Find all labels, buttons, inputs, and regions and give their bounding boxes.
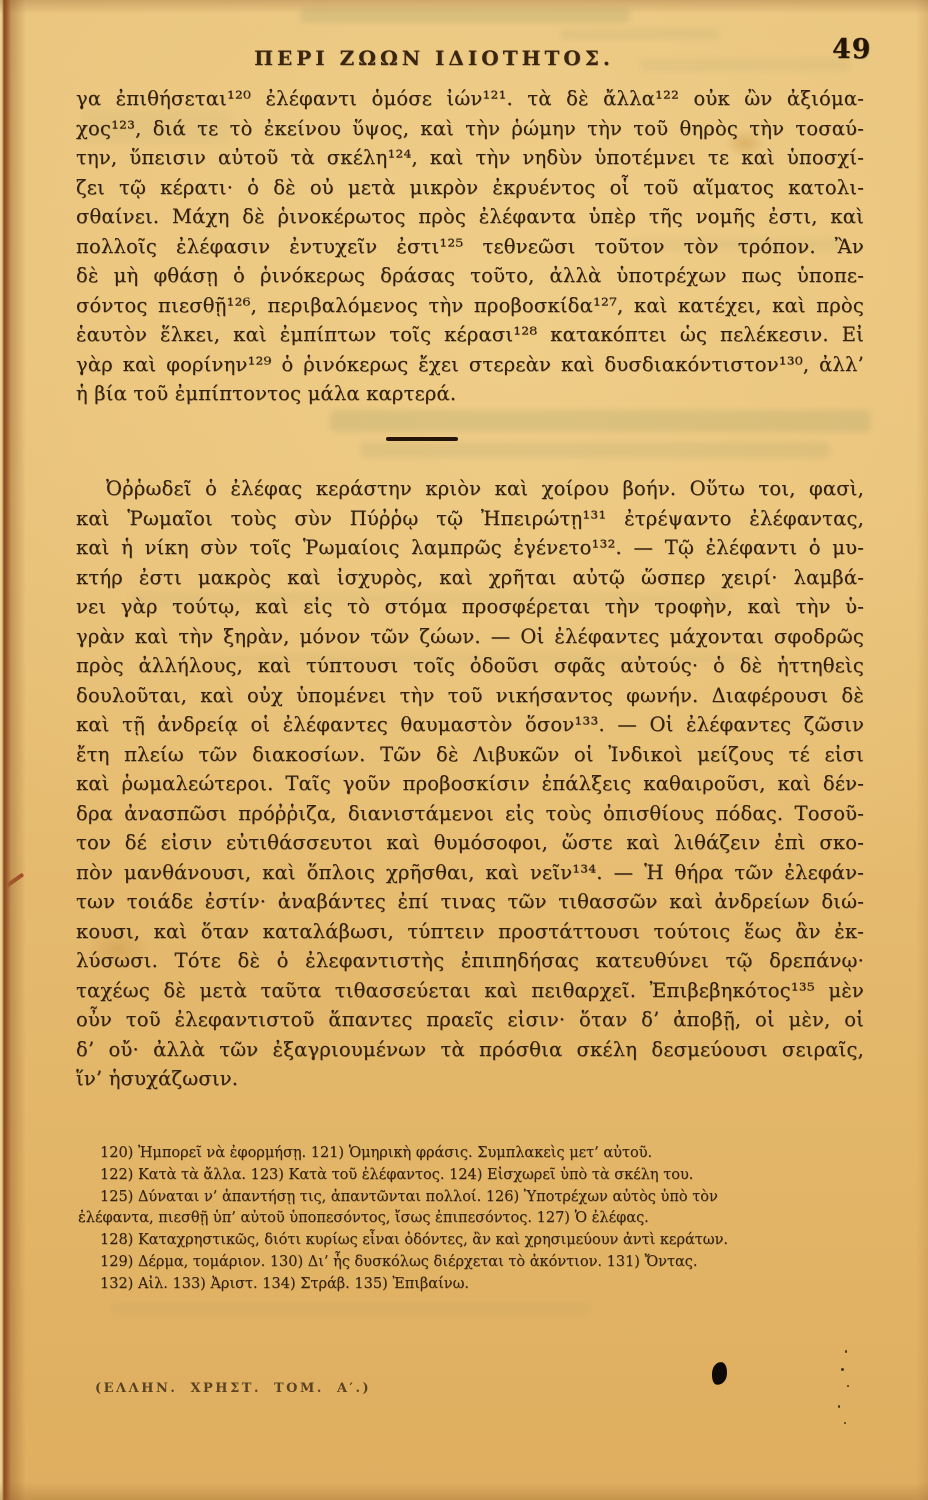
- text-line: δρα ἀνασπῶσι πρόῤῥιζα, διανιστάμενοι εἰς…: [76, 799, 864, 829]
- corner-wear-bottom-left: [0, 1460, 30, 1500]
- text-line: ζει τῷ κέρατι· ὁ δὲ οὐ μετὰ μικρὸν ἐκρυέ…: [76, 173, 864, 203]
- red-scratch-mark: [6, 873, 25, 888]
- ink-speck: [841, 1368, 844, 1371]
- page-edge-top: [0, 0, 928, 14]
- footnote-line: 128) Καταχρηστικῶς, διότι κυρίως εἶναι ὀ…: [78, 1230, 870, 1252]
- page-number: 49: [832, 34, 872, 65]
- signature-mark: (ΕΛΛΗΝ. ΧΡΗΣΤ. ΤΟΜ. Α′.): [95, 1381, 371, 1396]
- showthrough-ghost: [110, 1302, 590, 1315]
- page-edge-left: [0, 0, 26, 1500]
- text-line: ἵν’ ἡσυχάζωσιν.: [76, 1064, 864, 1094]
- showthrough-ghost: [300, 8, 630, 23]
- showthrough-ghost: [330, 410, 870, 432]
- text-line: καὶ ἡ νίκη σὺν τοῖς Ῥωμαίοις λαμπρῶς ἐγέ…: [76, 533, 864, 563]
- text-line: σθαίνει. Μάχη δὲ ῥινοκέρωτος πρὸς ἐλέφαν…: [76, 202, 864, 232]
- text-line: ταχέως δὲ μετὰ ταῦτα τιθασσεύεται καὶ πε…: [76, 976, 864, 1006]
- showthrough-ghost: [560, 28, 720, 40]
- page-edge-bottom: [0, 1482, 928, 1500]
- running-title: ΠΕΡΙ ΖΩΩΝ ΙΔΙΟΤΗΤΟΣ.: [64, 46, 804, 70]
- footnote-line: 122) Κατὰ τὰ ἄλλα. 123) Κατὰ τοῦ ἐλέφαντ…: [78, 1165, 870, 1187]
- text-line: κτήρ ἐστι μακρὸς καὶ ἰσχυρὸς, καὶ χρῆται…: [76, 563, 864, 593]
- ink-blot: [710, 1361, 728, 1386]
- text-line: ἡ βία τοῦ ἐμπίπτοντος μάλα καρτερά.: [76, 379, 864, 409]
- text-line: λύσωσι. Τότε δὲ ὁ ἐλεφαντιστὴς ἐπιπηδήσα…: [76, 946, 864, 976]
- corner-wear-top-left: [0, 0, 34, 46]
- text-line: δ’ οὔ· ἀλλὰ τῶν ἐξαγριουμένων τὰ πρόσθια…: [76, 1035, 864, 1065]
- ink-speck: [847, 1385, 849, 1387]
- text-line: πὸν μανθάνουσι, καὶ ὅπλοις χρῆσθαι, καὶ …: [76, 858, 864, 888]
- section-divider-rule: [386, 437, 458, 441]
- paragraph-elephant: Ὀῤῥωδεῖ ὁ ἐλέφας κεράστην κριὸν καὶ χοίρ…: [76, 474, 864, 1094]
- text-line: καὶ Ῥωμαῖοι τοὺς σὺν Πύῤῥῳ τῷ Ἠπειρώτῃ¹³…: [76, 504, 864, 534]
- text-line: τον δέ εἰσιν εὐτιθάσσευτοι καὶ θυμόσοφοι…: [76, 828, 864, 858]
- footnote-line: 129) Δέρμα, τομάριον. 130) Δι’ ἧς δυσκόλ…: [78, 1252, 870, 1274]
- text-line: ἑαυτὸν ἕλκει, καὶ ἐμπίπτων τοῖς κέρασι¹²…: [76, 320, 864, 350]
- text-line: χος¹²³, διά τε τὸ ἐκείνου ὕψος, καὶ τὴν …: [76, 114, 864, 144]
- ink-speck: [844, 1422, 846, 1424]
- footnote-line: 120) Ἠμπορεῖ νὰ ἐφορμήσῃ. 121) Ὁμηρικὴ φ…: [78, 1143, 870, 1165]
- paragraph-rhinoceros: γα ἐπιθήσεται¹²⁰ ἐλέφαντι ὁμόσε ἰών¹²¹. …: [76, 84, 864, 409]
- footnote-line: 125) Δύναται ν’ ἀπαντήσῃ τις, ἀπαντῶνται…: [78, 1187, 870, 1209]
- text-line: καὶ τῇ ἀνδρείᾳ οἱ ἐλέφαντες θαυμαστὸν ὅσ…: [76, 710, 864, 740]
- text-line: δὲ μὴ φθάσῃ ὁ ῥινόκερως δράσας τοῦτο, ἀλ…: [76, 261, 864, 291]
- text-line: καὶ ῥωμαλεώτεροι. Ταῖς γοῦν προβοσκίσιν …: [76, 769, 864, 799]
- scanned-book-page: ΠΕΡΙ ΖΩΩΝ ΙΔΙΟΤΗΤΟΣ. 49 γα ἐπιθήσεται¹²⁰…: [0, 0, 928, 1500]
- footnote-line: 132) Αἰλ. 133) Ἀριστ. 134) Στράβ. 135) Ἐ…: [78, 1274, 870, 1296]
- text-line: την, ὕπεισιν αὐτοῦ τὰ σκέλη¹²⁴, καὶ τὴν …: [76, 143, 864, 173]
- ink-speck: [838, 1405, 840, 1408]
- page-edge-right: [916, 0, 928, 1500]
- text-line: γα ἐπιθήσεται¹²⁰ ἐλέφαντι ὁμόσε ἰών¹²¹. …: [76, 84, 864, 114]
- text-line: γὰρ καὶ φορίνην¹²⁹ ὁ ῥινόκερως ἔχει στερ…: [76, 350, 864, 380]
- text-line: ἔτη πλείω τῶν διακοσίων. Τῶν δὲ Λιβυκῶν …: [76, 740, 864, 770]
- showthrough-ghost: [360, 442, 830, 458]
- text-line: οὖν τοῦ ἐλεφαντιστοῦ ἅπαντες πραεῖς εἰσι…: [76, 1005, 864, 1035]
- text-line: κουσι, καὶ ὅταν καταλάβωσι, τύπτειν προσ…: [76, 917, 864, 947]
- text-line: δουλοῦται, καὶ οὐχ ὑπομένει τὴν τοῦ νική…: [76, 681, 864, 711]
- text-line: νει γὰρ τούτῳ, καὶ εἰς τὸ στόμα προσφέρε…: [76, 592, 864, 622]
- footnote-line: ἐλέφαντα, πιεσθῇ ὑπ’ αὐτοῦ ὑποπεσόντος, …: [78, 1208, 870, 1230]
- text-line: πολλοῖς ἐλέφασιν ἐντυχεῖν ἐστι¹²⁵ τεθνεῶ…: [76, 232, 864, 262]
- text-line: Ὀῤῥωδεῖ ὁ ἐλέφας κεράστην κριὸν καὶ χοίρ…: [76, 474, 864, 504]
- ink-speck: [845, 1350, 847, 1353]
- text-line: σόντος πιεσθῇ¹²⁶, περιβαλόμενος τὴν προβ…: [76, 291, 864, 321]
- footnotes-block: 120) Ἠμπορεῖ νὰ ἐφορμήσῃ. 121) Ὁμηρικὴ φ…: [78, 1143, 870, 1296]
- text-line: των τοιάδε ἐστίν· ἀναβάντες ἐπί τινας τῶ…: [76, 887, 864, 917]
- text-line: πρὸς ἀλλήλους, καὶ τύπτουσι τοῖς ὀδοῦσι …: [76, 651, 864, 681]
- text-line: γρὰν καὶ τὴν ξηρὰν, μόνον τῶν ζώων. — Οἱ…: [76, 622, 864, 652]
